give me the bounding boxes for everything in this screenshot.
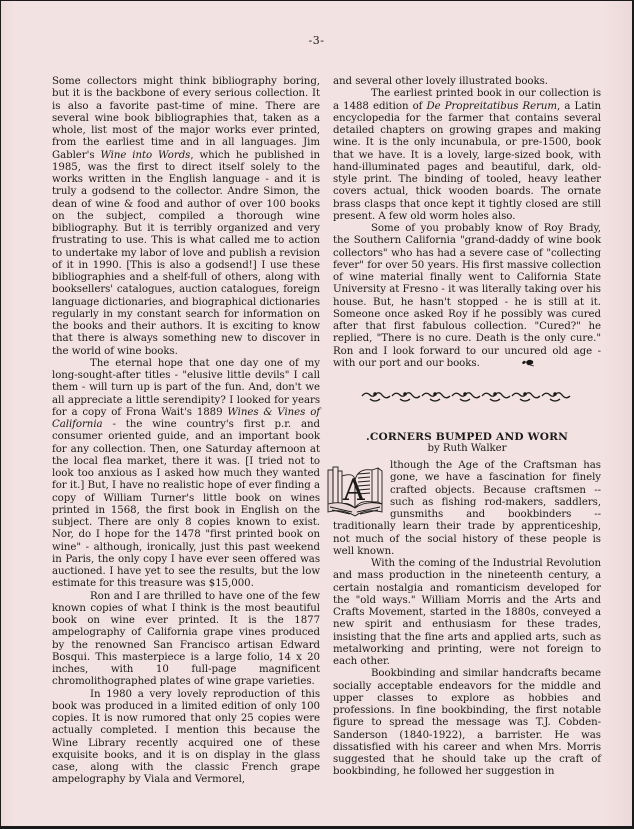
paragraph: In 1980 a very lovely reproduction of th… (52, 689, 320, 787)
paragraph: Ron and I are thrilled to have one of th… (52, 591, 320, 689)
left-column: Some collectors might think bibliography… (52, 76, 320, 787)
ornamental-vine-divider (360, 390, 575, 404)
right-column: and several other lovely illustrated boo… (333, 76, 601, 779)
paragraph: Bookbinding and similar handcrafts becam… (333, 668, 601, 778)
italic-title: Wine into Words (100, 150, 190, 161)
text-run: Some collectors might think bibliography… (52, 76, 320, 161)
text-run: , which he published in 1985, was the fi… (52, 150, 320, 357)
text-run: With the coming of the Industrial Revolu… (333, 558, 601, 667)
paragraph: Some of you probably know of Roy Brady, … (333, 223, 601, 370)
article-title: .CORNERS BUMPED AND WORN (333, 431, 601, 443)
italic-title: De Propreitatibus Rerum (427, 101, 558, 112)
text-run: In 1980 a very lovely reproduction of th… (52, 689, 320, 786)
page-number: -3- (1, 34, 632, 47)
text-run: Some of you probably know of Roy Brady, … (333, 223, 601, 369)
paragraph: With the coming of the Industrial Revolu… (333, 558, 601, 668)
paragraph: The eternal hope that one day one of my … (52, 358, 320, 591)
fleuron-icon (483, 358, 497, 367)
text-run: Ron and I are thrilled to have one of th… (52, 591, 320, 688)
paragraph: and several other lovely illustrated boo… (333, 76, 601, 88)
paragraph: The earliest printed book in our collect… (333, 88, 601, 223)
open-book-dropcap-illustration: A (326, 462, 384, 519)
text-run: - the wine country's first p.r. and cons… (52, 419, 320, 589)
text-run: and several other lovely illustrated boo… (333, 76, 548, 87)
dropcap-letter: A (342, 473, 365, 508)
text-run: , a Latin encyclopedia for the farmer th… (333, 101, 601, 222)
paragraph: Some collectors might think bibliography… (52, 76, 320, 358)
document-page: -3- Some collectors might think bibliogr… (1, 1, 632, 826)
article-byline: by Ruth Walker (333, 443, 601, 455)
text-run: Bookbinding and similar handcrafts becam… (333, 668, 601, 777)
